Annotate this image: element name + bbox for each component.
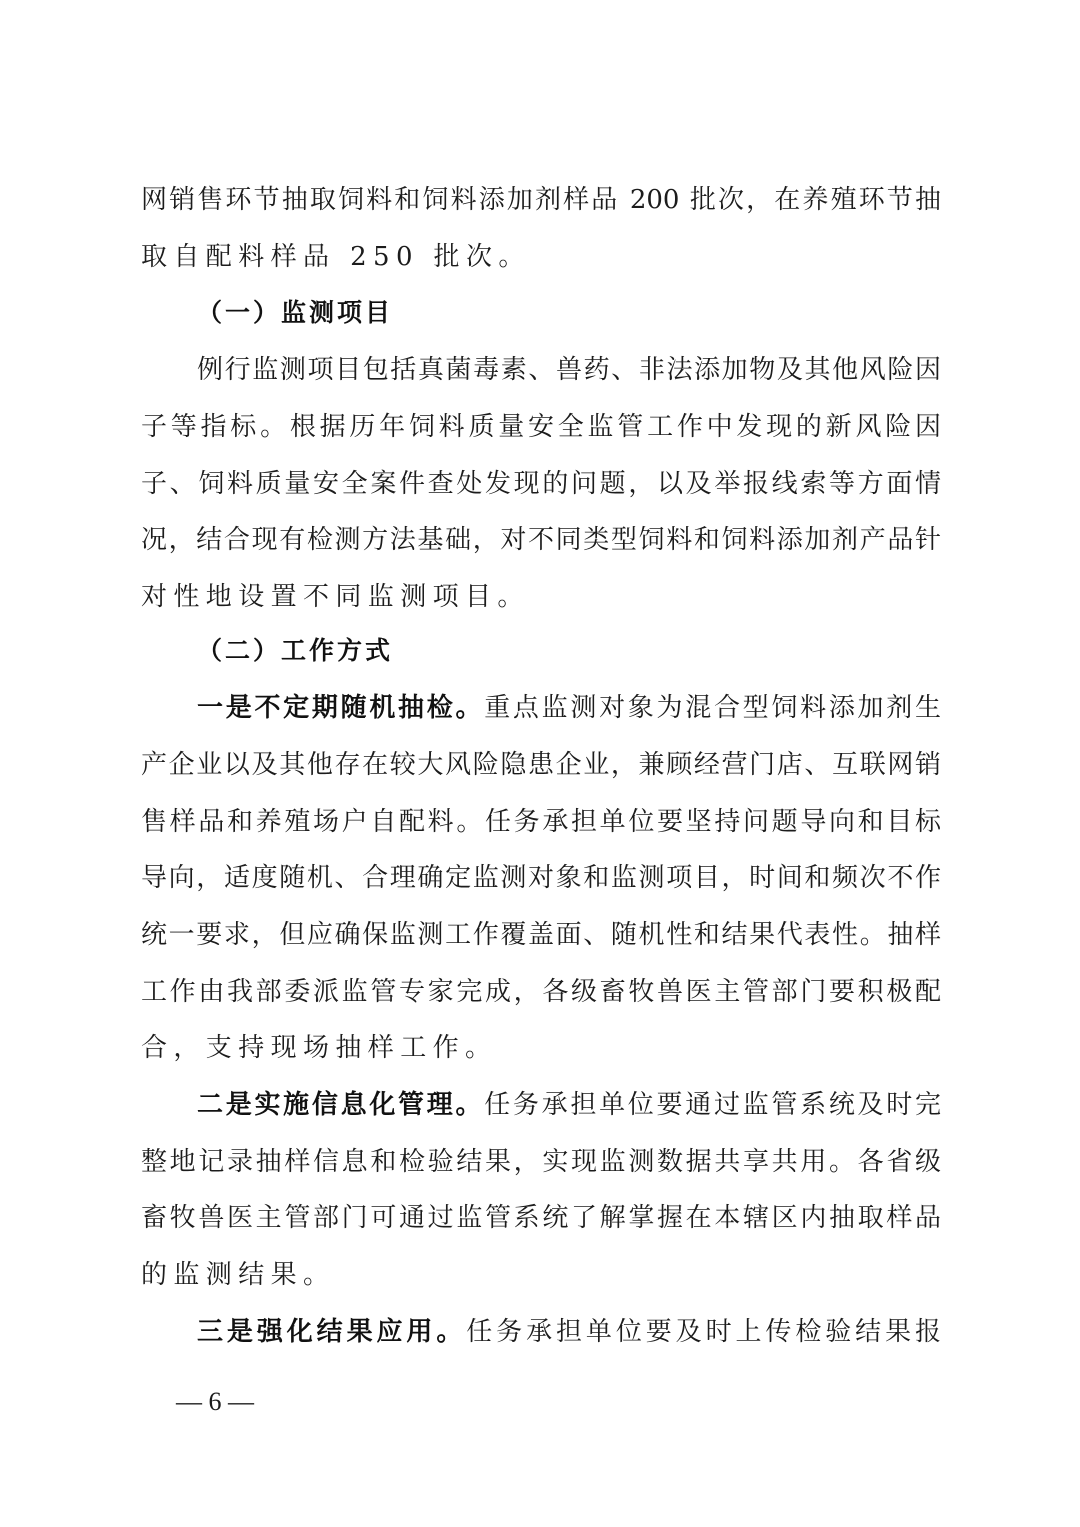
- section-heading-working-method: （二）工作方式: [197, 631, 393, 671]
- paragraph-line: 售样品和养殖场户自配料。任务承担单位要坚持问题导向和目标: [141, 802, 941, 842]
- document-page: 网销售环节抽取饲料和饲料添加剂样品 200 批次，在养殖环节抽 取自配料样品 2…: [0, 0, 1080, 1527]
- paragraph-line: 例行监测项目包括真菌毒素、兽药、非法添加物及其他风险因: [197, 350, 941, 390]
- paragraph-line: 产企业以及其他存在较大风险隐患企业，兼顾经营门店、互联网销: [141, 745, 941, 785]
- item3-lead: 三是强化结果应用。: [197, 1317, 466, 1347]
- paragraph-line: 况，结合现有检测方法基础，对不同类型饲料和饲料添加剂产品针: [141, 520, 941, 560]
- section-heading-monitoring-items: （一）监测项目: [197, 293, 393, 333]
- paragraph-line: 网销售环节抽取饲料和饲料添加剂样品 200 批次，在养殖环节抽: [141, 180, 941, 220]
- paragraph-line: 子、饲料质量安全案件查处发现的问题，以及举报线索等方面情: [141, 464, 941, 504]
- paragraph-line: 对性地设置不同监测项目。: [141, 577, 941, 617]
- page-number: — 6 —: [176, 1382, 254, 1422]
- paragraph-line: 取自配料样品 250 批次。: [141, 237, 941, 277]
- paragraph-line: 子等指标。根据历年饲料质量安全监管工作中发现的新风险因: [141, 407, 941, 447]
- paragraph-line: 畜牧兽医主管部门可通过监管系统了解掌握在本辖区内抽取样品: [141, 1198, 941, 1238]
- paragraph-line: 导向，适度随机、合理确定监测对象和监测项目，时间和频次不作: [141, 858, 941, 898]
- item2-first-rest: 任务承担单位要通过监管系统及时完: [484, 1090, 941, 1120]
- paragraph-line: 合，支持现场抽样工作。: [141, 1028, 941, 1068]
- item1-first-rest: 重点监测对象为混合型饲料添加剂生: [484, 693, 941, 723]
- item2-lead: 二是实施信息化管理。: [197, 1090, 484, 1120]
- paragraph-line: 的监测结果。: [141, 1255, 941, 1295]
- paragraph-line: 统一要求，但应确保监测工作覆盖面、随机性和结果代表性。抽样: [141, 915, 941, 955]
- paragraph-line-item2-first: 二是实施信息化管理。任务承担单位要通过监管系统及时完: [197, 1085, 941, 1125]
- paragraph-line-item1-first: 一是不定期随机抽检。重点监测对象为混合型饲料添加剂生: [197, 688, 941, 728]
- paragraph-line: 整地记录抽样信息和检验结果，实现监测数据共享共用。各省级: [141, 1142, 941, 1182]
- paragraph-line-item3-first: 三是强化结果应用。任务承担单位要及时上传检验结果报: [197, 1312, 941, 1352]
- paragraph-line: 工作由我部委派监管专家完成，各级畜牧兽医主管部门要积极配: [141, 972, 941, 1012]
- item3-first-rest: 任务承担单位要及时上传检验结果报: [466, 1317, 941, 1347]
- item1-lead: 一是不定期随机抽检。: [197, 693, 484, 723]
